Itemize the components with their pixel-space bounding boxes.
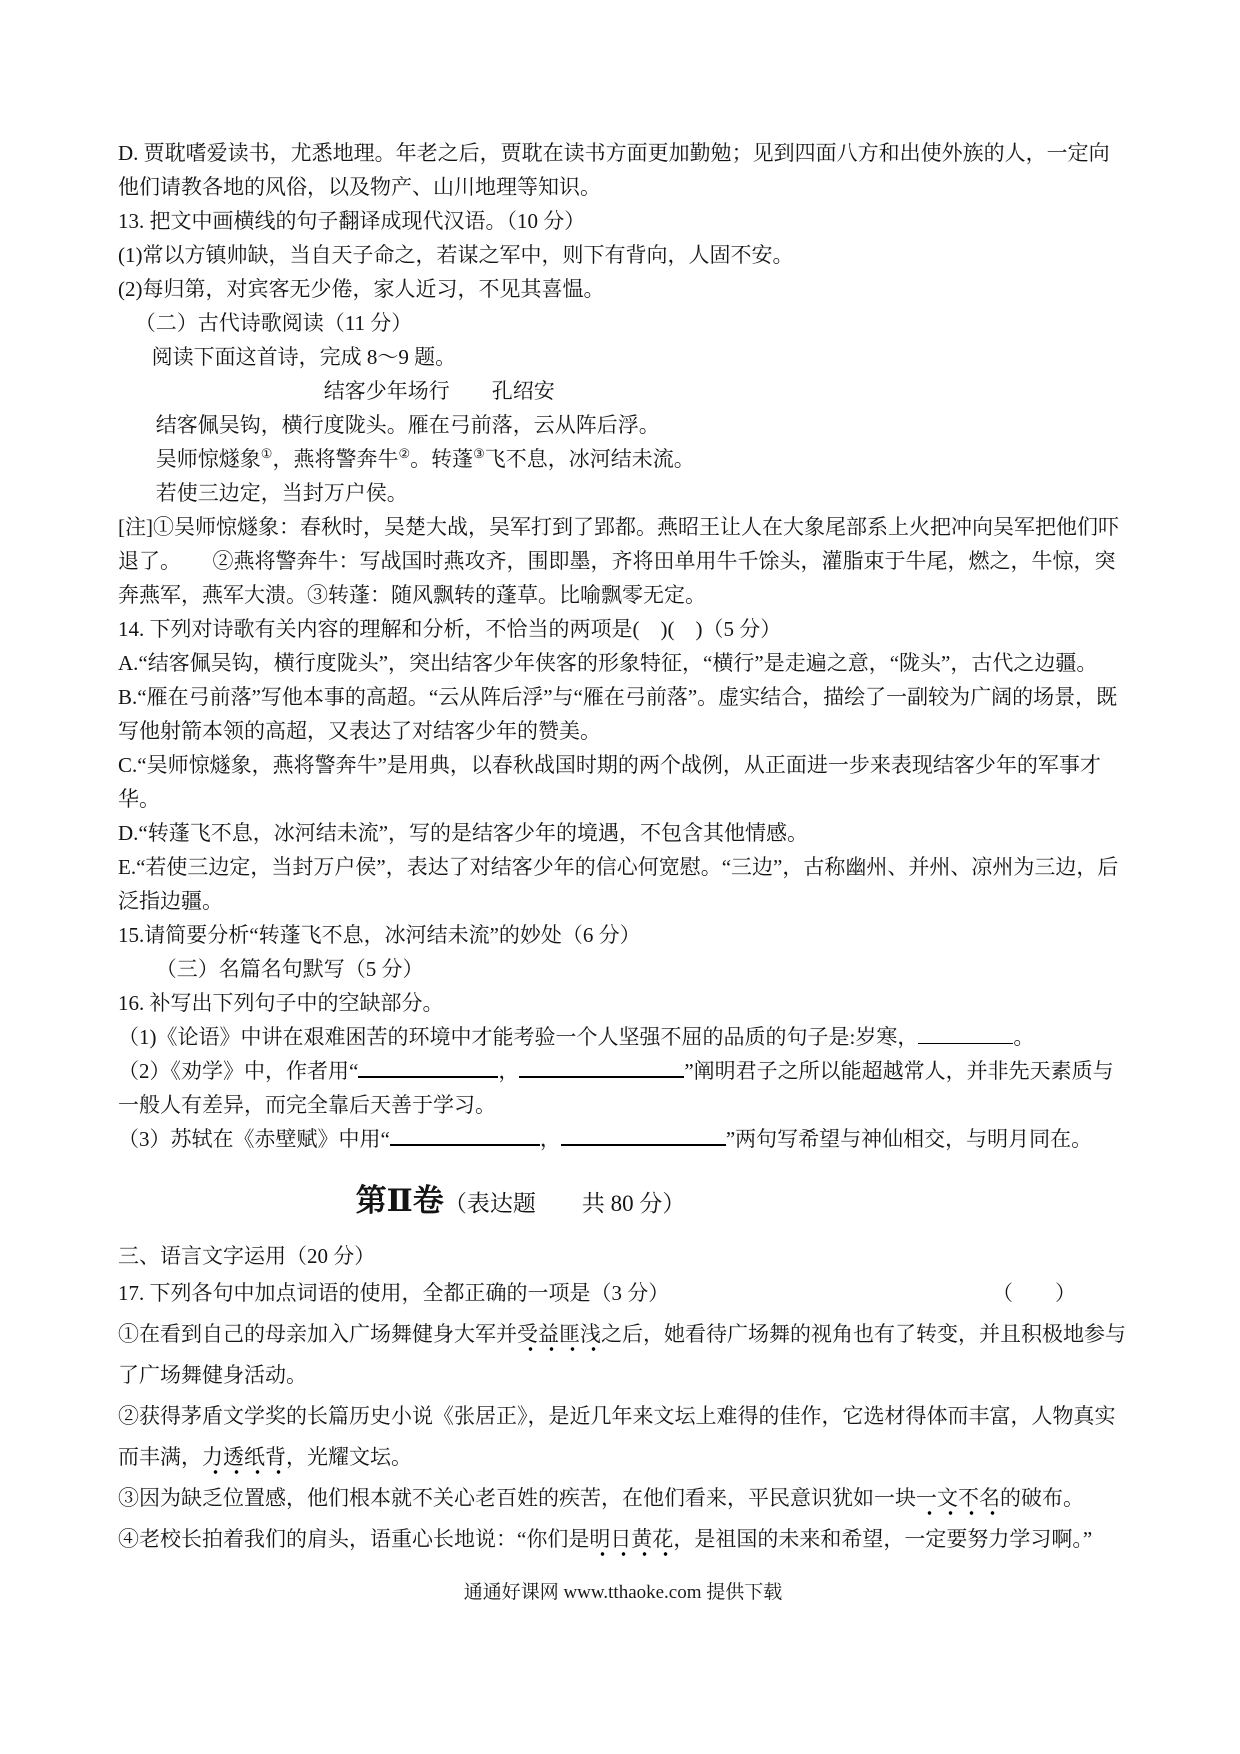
answer-blank-line [358, 1056, 498, 1078]
poem-line-2-part: 飞不息，冰河结未流。 [485, 447, 695, 471]
q16-item-1: （1)《论语》中讲在艰难困苦的环境中才能考验一个人坚强不屈的品质的句子是:岁寒，… [118, 1020, 1128, 1054]
part2-heading: 第Ⅱ卷（表达题 共 80 分） [118, 1178, 1128, 1227]
q16-item-1-period: 。 [1013, 1025, 1034, 1049]
q14-option-e: E.“若使三边定，当封万户侯”，表达了对结客少年的信心何宽慰。“三边”，古称幽州… [118, 850, 1128, 918]
q13-item-1: (1)常以方镇帅缺，当自天子命之，若谋之军中，则下有背向，人固不安。 [118, 238, 1128, 272]
q17-sentence-4-text-after: ，是祖国的未来和希望，一定要努力学习啊。” [673, 1527, 1092, 1551]
q17-stem-text: 17. 下列各句中加点词语的使用，全都正确的一项是（3 分） [118, 1281, 669, 1305]
q17-sentence-1: ①在看到自己的母亲加入广场舞健身大军并受益匪浅之后，她看待广场舞的视角也有了转变… [118, 1314, 1128, 1396]
q16-item-2-text: （2）《劝学》中，作者用“ [118, 1059, 358, 1083]
q14-option-c: C.“吴师惊燧象，燕将警奔牛”是用典，以春秋战国时期的两个战例，从正面进一步来表… [118, 748, 1128, 816]
q14-stem: 14. 下列对诗歌有关内容的理解和分析，不恰当的两项是( )( )（5 分） [118, 612, 1128, 646]
poem-line-2-part: 。转蓬 [410, 447, 473, 471]
poem-line-2: 吴师惊燧象①，燕将警奔牛②。转蓬③飞不息，冰河结未流。 [118, 442, 1128, 476]
q16-item-2-comma: ， [498, 1059, 519, 1083]
q16-item-3-text-after: ”两句写希望与神仙相交，与明月同在。 [726, 1127, 1092, 1151]
q16-item-3-comma: ， [540, 1127, 561, 1151]
q14-option-b: B.“雁在弓前落”写他本事的高超。“云从阵后浮”与“雁在弓前落”。虚实结合，描绘… [118, 680, 1128, 748]
section2-intro: 阅读下面这首诗，完成 8～9 题。 [118, 340, 1128, 374]
q16-item-3-text: （3）苏轼在《赤壁赋》中用“ [118, 1127, 390, 1151]
footnote-marker-1: ① [261, 446, 273, 461]
footnote-marker-2: ② [398, 446, 410, 461]
q13-item-2: (2)每归第，对宾客无少倦，家人近习，不见其喜愠。 [118, 272, 1128, 306]
answer-blank-line [519, 1056, 684, 1078]
poem-line-1: 结客佩吴钩，横行度陇头。雁在弓前落，云从阵后浮。 [118, 408, 1128, 442]
q16-stem: 16. 补写出下列句子中的空缺部分。 [118, 986, 1128, 1020]
section-lang-heading: 三、语言文字运用（20 分） [118, 1239, 1128, 1273]
answer-blank-line [561, 1124, 726, 1146]
emphasized-idiom: 一文不名 [916, 1486, 1000, 1516]
answer-blank-line [390, 1124, 540, 1146]
q17-sentence-3-text: ③因为缺乏位置感，他们根本就不关心老百姓的疾苦，在他们看来，平民意识犹如一块 [118, 1486, 916, 1510]
site-watermark: 通通好课网 www.tthaoke.com 提供下载 [118, 1576, 1128, 1610]
q16-item-2: （2）《劝学》中，作者用“，”阐明君子之所以能超越常人，并非先天素质与一般人有差… [118, 1054, 1128, 1122]
exam-paper-page: D. 贾耽嗜爱读书，尤悉地理。年老之后，贾耽在读书方面更加勤勉；见到四面八方和出… [0, 0, 1240, 1754]
answer-blank-line [918, 1023, 1013, 1044]
q14-option-d: D.“转蓬飞不息，冰河结未流”，写的是结客少年的境遇，不包含其他情感。 [118, 816, 1128, 850]
q17-answer-paren: （ ） [992, 1273, 1076, 1314]
poem-line-2-part: ，燕将警奔牛 [272, 447, 398, 471]
section2-heading: （二）古代诗歌阅读（11 分） [118, 306, 1128, 340]
q16-item-1-text: （1)《论语》中讲在艰难困苦的环境中才能考验一个人坚强不屈的品质的句子是:岁寒， [118, 1025, 918, 1049]
q14-option-a: A.“结客佩吴钩，横行度陇头”，突出结客少年侠客的形象特征，“横行”是走遍之意，… [118, 646, 1128, 680]
q17-sentence-3: ③因为缺乏位置感，他们根本就不关心老百姓的疾苦，在他们看来，平民意识犹如一块一文… [118, 1478, 1128, 1519]
option-d-text: D. 贾耽嗜爱读书，尤悉地理。年老之后，贾耽在读书方面更加勤勉；见到四面八方和出… [118, 136, 1128, 204]
q17-block: 17. 下列各句中加点词语的使用，全都正确的一项是（3 分）（ ） ①在看到自己… [118, 1273, 1128, 1560]
poem-title-line: 结客少年场行孔绍安 [118, 374, 1128, 408]
q15-stem: 15.请简要分析“转蓬飞不息，冰河结未流”的妙处（6 分） [118, 918, 1128, 952]
emphasized-idiom: 受益匪浅 [517, 1322, 601, 1352]
poem-footnotes: [注]①吴师惊燧象：春秋时，吴楚大战，吴军打到了郢都。燕昭王让人在大象尾部系上火… [118, 510, 1128, 612]
section3-heading: （三）名篇名句默写（5 分） [118, 952, 1128, 986]
poem-title: 结客少年场行 [324, 379, 450, 403]
part2-subtitle: （表达题 共 80 分） [444, 1191, 686, 1216]
poem-author: 孔绍安 [492, 379, 555, 403]
q17-sentence-4: ④老校长拍着我们的肩头，语重心长地说：“你们是明日黄花，是祖国的未来和希望，一定… [118, 1519, 1128, 1560]
poem-line-3: 若使三边定，当封万户侯。 [118, 476, 1128, 510]
q17-sentence-2: ②获得茅盾文学奖的长篇历史小说《张居正》，是近几年来文坛上难得的佳作，它选材得体… [118, 1396, 1128, 1478]
poem-line-2-part: 吴师惊燧象 [156, 447, 261, 471]
emphasized-idiom: 力透纸背 [202, 1445, 286, 1475]
part2-title: 第Ⅱ卷 [356, 1183, 444, 1218]
q17-stem: 17. 下列各句中加点词语的使用，全都正确的一项是（3 分）（ ） [118, 1273, 1128, 1314]
q16-item-3: （3）苏轼在《赤壁赋》中用“，”两句写希望与神仙相交，与明月同在。 [118, 1122, 1128, 1156]
q17-sentence-2-text-after: ，光耀文坛。 [286, 1445, 412, 1469]
q13-stem: 13. 把文中画横线的句子翻译成现代汉语。（10 分） [118, 204, 1128, 238]
q17-sentence-1-text: ①在看到自己的母亲加入广场舞健身大军并 [118, 1322, 517, 1346]
q17-sentence-3-text-after: 的破布。 [1000, 1486, 1084, 1510]
q17-sentence-4-text: ④老校长拍着我们的肩头，语重心长地说：“你们是 [118, 1527, 589, 1551]
emphasized-idiom: 明日黄花 [589, 1527, 673, 1557]
footnote-marker-3: ③ [473, 446, 485, 461]
